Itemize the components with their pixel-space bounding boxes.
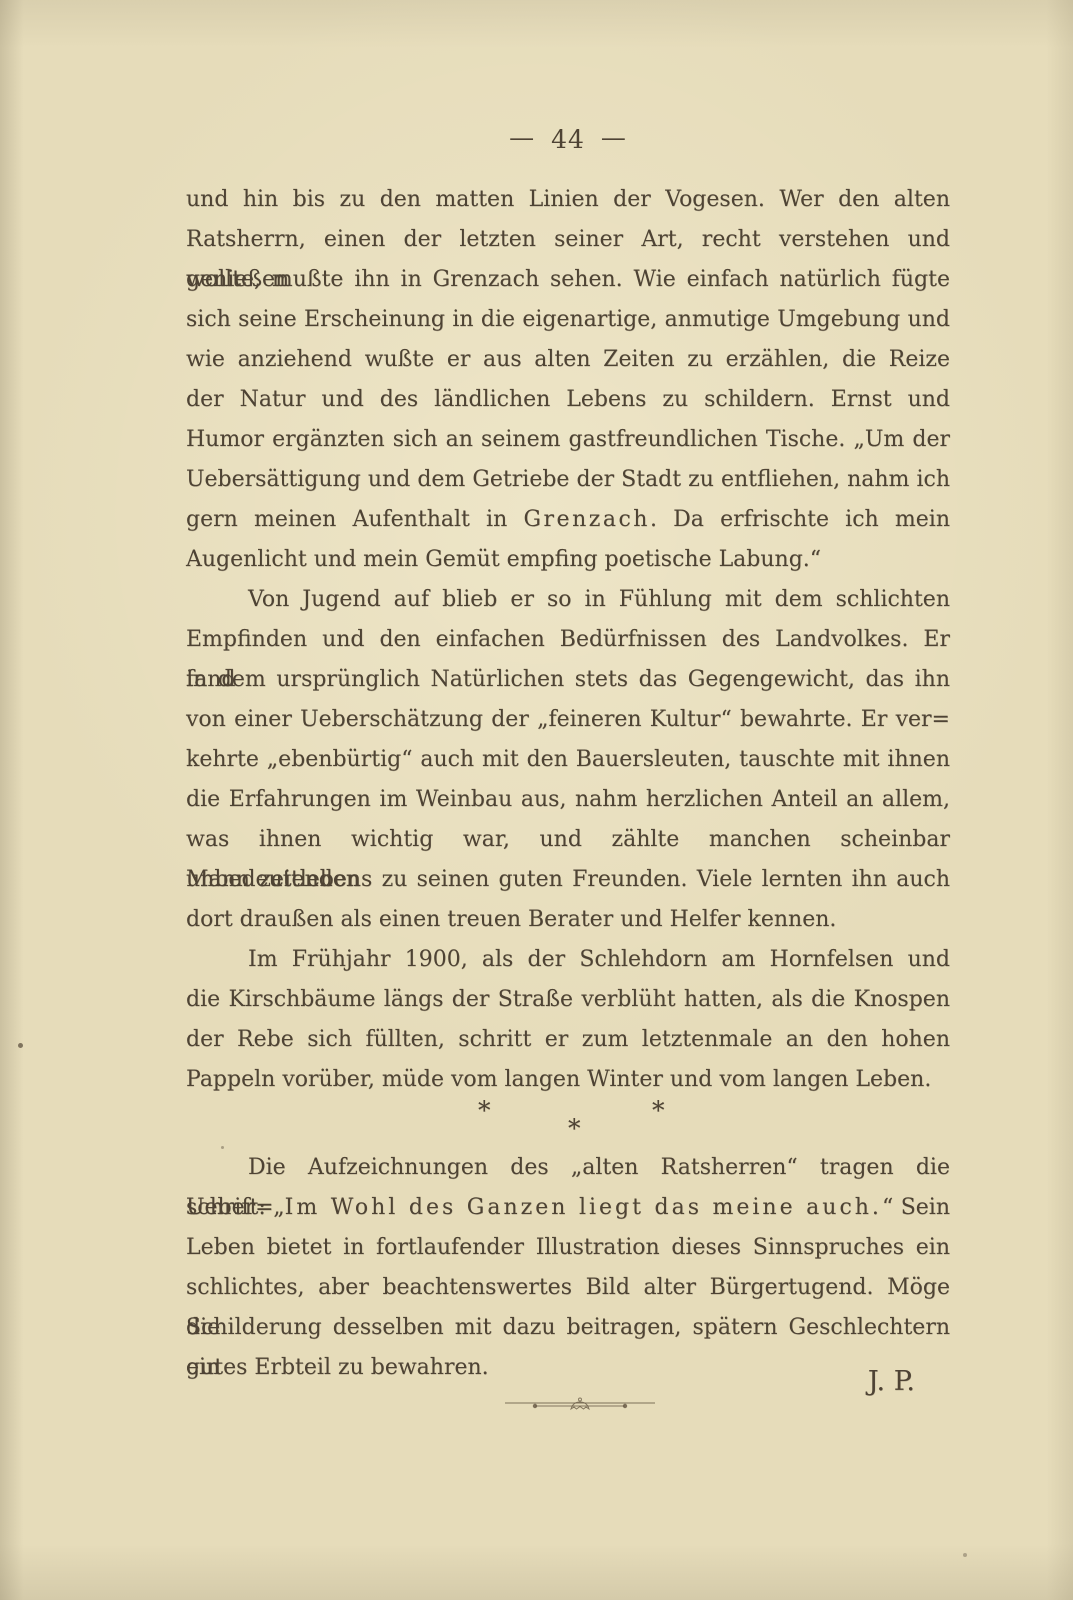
text-line: die Kirschbäume längs der Straße verblüh…	[186, 980, 950, 1020]
paper-speck	[221, 1146, 224, 1149]
text-line: Humor ergänzten sich an seinem gastfreun…	[186, 420, 950, 460]
asterisk-icon: *	[478, 1096, 491, 1125]
asterisk-icon: *	[568, 1114, 581, 1143]
text-segment: . Da erfrischte ich mein	[650, 507, 950, 532]
page-number: 44	[551, 125, 585, 154]
paper-speck	[963, 1553, 967, 1557]
text-line: Leben bietet in fortlaufender Illustrati…	[186, 1228, 950, 1268]
text-line: schrift: „Im Wohl des Ganzen liegt das m…	[186, 1188, 950, 1228]
section-separator: * * *	[186, 1100, 950, 1148]
text-line: Ratsherrn, einen der letzten seiner Art,…	[186, 220, 950, 260]
header-right-dash: —	[601, 123, 627, 152]
text-line: wie anziehend wußte er aus alten Zeiten …	[186, 340, 950, 380]
text-line: was ihnen wichtig war, und zählte manche…	[186, 820, 950, 860]
text-line: Augenlicht und mein Gemüt empfing poetis…	[186, 540, 950, 580]
text-line: Mann zeitlebens zu seinen guten Freunden…	[186, 860, 950, 900]
text-line: sich seine Erscheinung in die eigenartig…	[186, 300, 950, 340]
text-segment: schrift: „	[186, 1195, 285, 1220]
text-line: in dem ursprünglich Natürlichen stets da…	[186, 660, 950, 700]
text-segment: “ Sein	[882, 1195, 950, 1220]
author-initials: J. P.	[868, 1364, 915, 1400]
book-page: —44— und hin bis zu den matten Linien de…	[0, 0, 1073, 1600]
paper-speck	[18, 1043, 23, 1048]
text-line: schlichtes, aber beachtenswertes Bild al…	[186, 1268, 950, 1308]
emphasized-text: Grenzach	[523, 507, 649, 532]
text-line: kehrte „ebenbürtig“ auch mit den Bauersl…	[186, 740, 950, 780]
header-left-dash: —	[509, 123, 535, 152]
text-line: von einer Ueberschätzung der „feineren K…	[186, 700, 950, 740]
page-header: —44—	[186, 120, 950, 160]
text-line: und hin bis zu den matten Linien der Vog…	[186, 180, 950, 220]
text-line: Uebersättigung und dem Getriebe der Stad…	[186, 460, 950, 500]
text-line: Im Frühjahr 1900, als der Schlehdorn am …	[186, 940, 950, 980]
text-line: dort draußen als einen treuen Berater un…	[186, 900, 950, 940]
text-line: Pappeln vorüber, müde vom langen Winter …	[186, 1060, 950, 1100]
text-line: der Natur und des ländlichen Lebens zu s…	[186, 380, 950, 420]
text-line: der Rebe sich füllten, schritt er zum le…	[186, 1020, 950, 1060]
text-line: gern meinen Aufenthalt in Grenzach. Da e…	[186, 500, 950, 540]
end-rule-ornament	[505, 1396, 655, 1414]
text-line: wollte, mußte ihn in Grenzach sehen. Wie…	[186, 260, 950, 300]
asterisk-icon: *	[652, 1096, 665, 1125]
ornament-icon	[505, 1396, 655, 1414]
emphasized-text: Im Wohl des Ganzen liegt das meine auch.	[285, 1195, 882, 1220]
text-line: Empfinden und den einfachen Bedürfnissen…	[186, 620, 950, 660]
text-line: Schilderung desselben mit dazu beitragen…	[186, 1308, 950, 1348]
text-block: und hin bis zu den matten Linien der Vog…	[186, 180, 950, 1388]
text-line: die Erfahrungen im Weinbau aus, nahm her…	[186, 780, 950, 820]
text-line: Die Aufzeichnungen des „alten Ratsherren…	[186, 1148, 950, 1188]
text-line: Von Jugend auf blieb er so in Fühlung mi…	[186, 580, 950, 620]
text-line: gutes Erbteil zu bewahren.	[186, 1348, 950, 1388]
text-segment: gern meinen Aufenthalt in	[186, 507, 523, 532]
